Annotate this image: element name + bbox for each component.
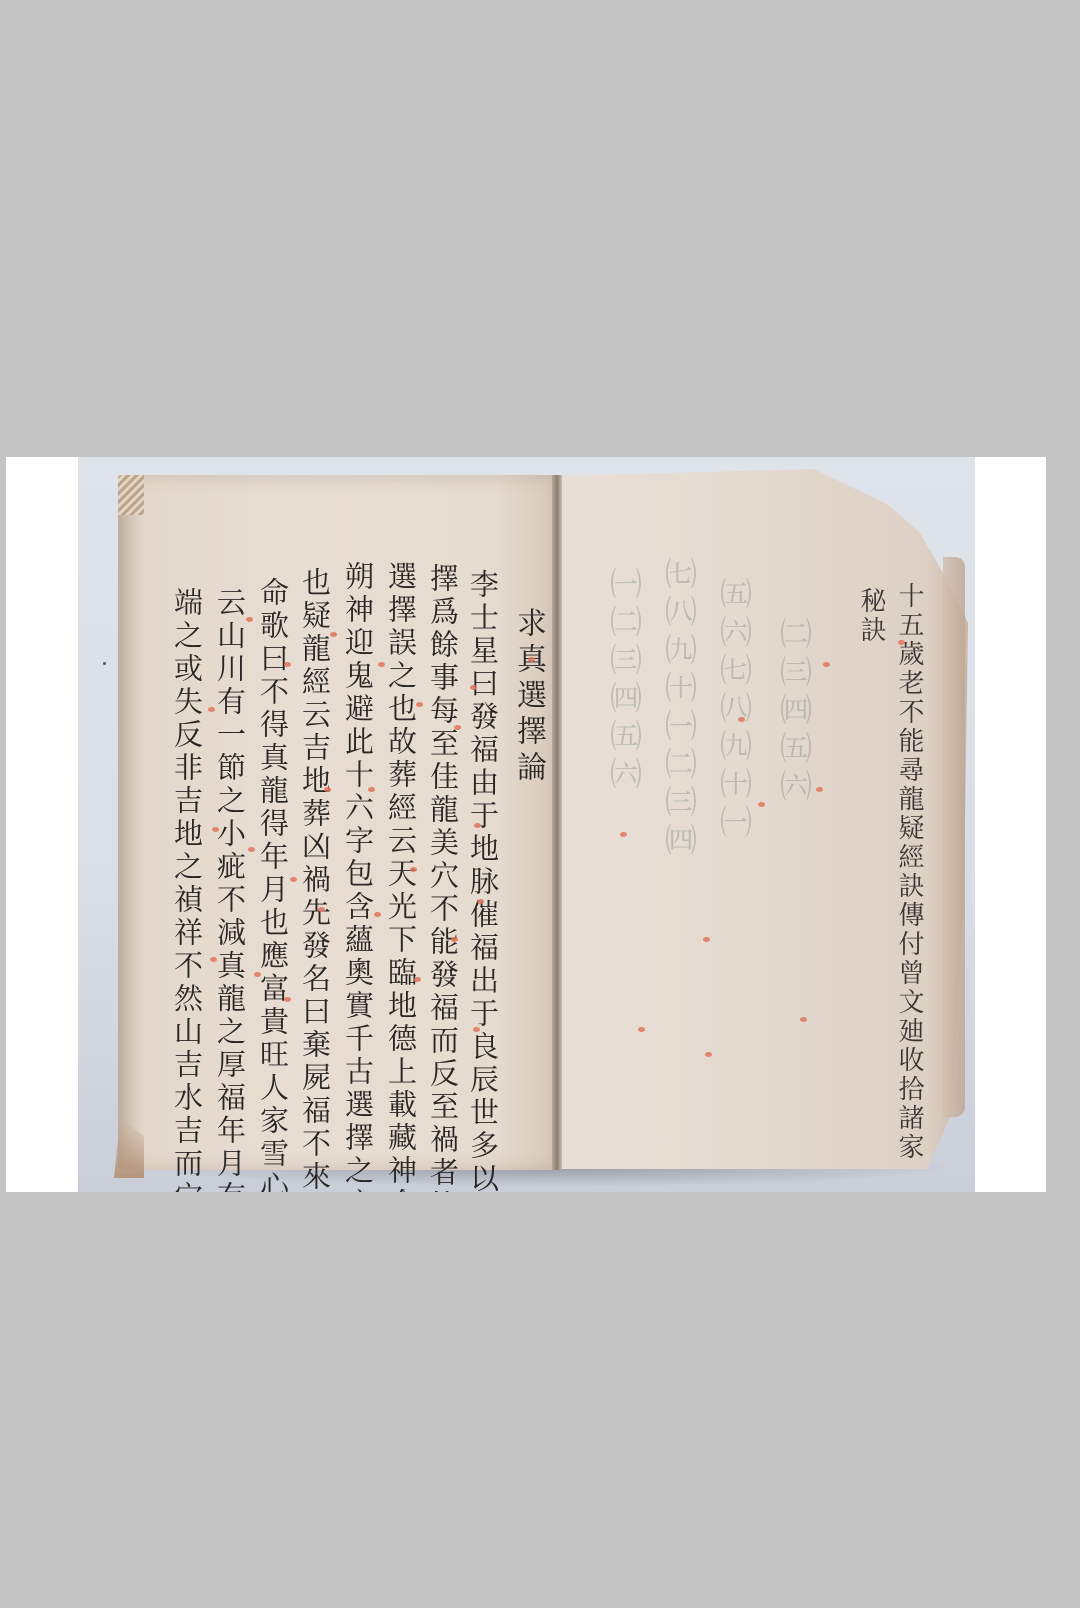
red-mark xyxy=(414,977,421,982)
red-mark xyxy=(477,899,484,904)
right-page-edge xyxy=(943,557,965,1117)
red-mark xyxy=(290,877,297,882)
red-mark xyxy=(758,802,765,807)
red-mark xyxy=(528,657,535,662)
red-mark xyxy=(816,787,823,792)
red-mark xyxy=(451,937,458,942)
red-mark xyxy=(210,957,217,962)
bleed-through-text: ㈦㈧㈨㈩㈠㈡㈢㈣ xyxy=(663,557,695,861)
red-mark xyxy=(374,912,381,917)
red-mark xyxy=(823,662,830,667)
red-mark xyxy=(473,1027,480,1032)
text-column-6: 命歌曰不得真龍得年月也應富貴旺人家雪心賦 xyxy=(258,577,287,1192)
red-mark xyxy=(620,832,627,837)
red-mark xyxy=(800,1017,807,1022)
bleed-through-text: ㈡㈢㈣㈤㈥ xyxy=(778,617,810,807)
red-mark xyxy=(705,1052,712,1057)
right-page-column-1: 十五歲老不能尋龍疑經訣傳付曾文廸收拾諸家 xyxy=(896,582,922,1162)
text-column-7: 云山川有一節之小疵不減真龍之厚福年月有一 xyxy=(215,587,244,1192)
dust-speck xyxy=(103,662,106,665)
red-mark xyxy=(638,1027,645,1032)
red-mark xyxy=(470,685,477,690)
red-mark xyxy=(254,972,261,977)
red-mark xyxy=(330,632,337,637)
text-column-3: 選擇誤之也故葬經云天光下臨地德上載藏神合 xyxy=(386,561,415,1192)
red-mark xyxy=(208,707,215,712)
text-column-4: 朔神迎鬼避此十六字包含蘊奧實千古選擇之宗 xyxy=(343,561,372,1192)
red-mark xyxy=(410,867,417,872)
text-column-5: 也疑龍經云吉地葬凶禍先發名曰棄屍福不來造 xyxy=(300,567,329,1192)
manuscript-photo: ㈠㈡㈢㈣㈤㈥ ㈦㈧㈨㈩㈠㈡㈢㈣ ㈤㈥㈦㈧㈨㈩㈠ ㈡㈢㈣㈤㈥ 求真選擇論 李士星曰… xyxy=(78,457,975,1192)
red-mark xyxy=(318,907,325,912)
red-mark xyxy=(324,787,331,792)
red-mark xyxy=(703,937,710,942)
red-mark xyxy=(474,823,481,828)
bleed-through-text: ㈠㈡㈢㈣㈤㈥ xyxy=(608,567,640,795)
red-mark xyxy=(212,827,219,832)
red-mark xyxy=(898,640,905,645)
red-mark xyxy=(284,997,291,1002)
red-mark xyxy=(454,725,461,730)
red-mark xyxy=(378,662,385,667)
red-mark xyxy=(738,717,745,722)
text-column-1: 李士星曰發福由于地脉催福出于良辰世多以選 xyxy=(468,569,497,1192)
red-mark xyxy=(416,702,423,707)
chapter-title: 求真選擇論 xyxy=(513,607,543,787)
red-mark xyxy=(246,617,253,622)
bleed-through-text: ㈤㈥㈦㈧㈨㈩㈠ xyxy=(718,577,750,843)
red-mark xyxy=(248,847,255,852)
right-page-column-2: 秘訣 xyxy=(858,587,884,645)
red-mark xyxy=(368,787,375,792)
text-column-2: 擇爲餘事每至佳龍美穴不能發福而反至禍者皆 xyxy=(428,563,457,1192)
text-column-8: 端之或失反非吉地之禎祥不然山吉水吉而穴吉 xyxy=(172,587,201,1192)
red-mark xyxy=(284,662,291,667)
book-gutter xyxy=(552,475,562,1170)
